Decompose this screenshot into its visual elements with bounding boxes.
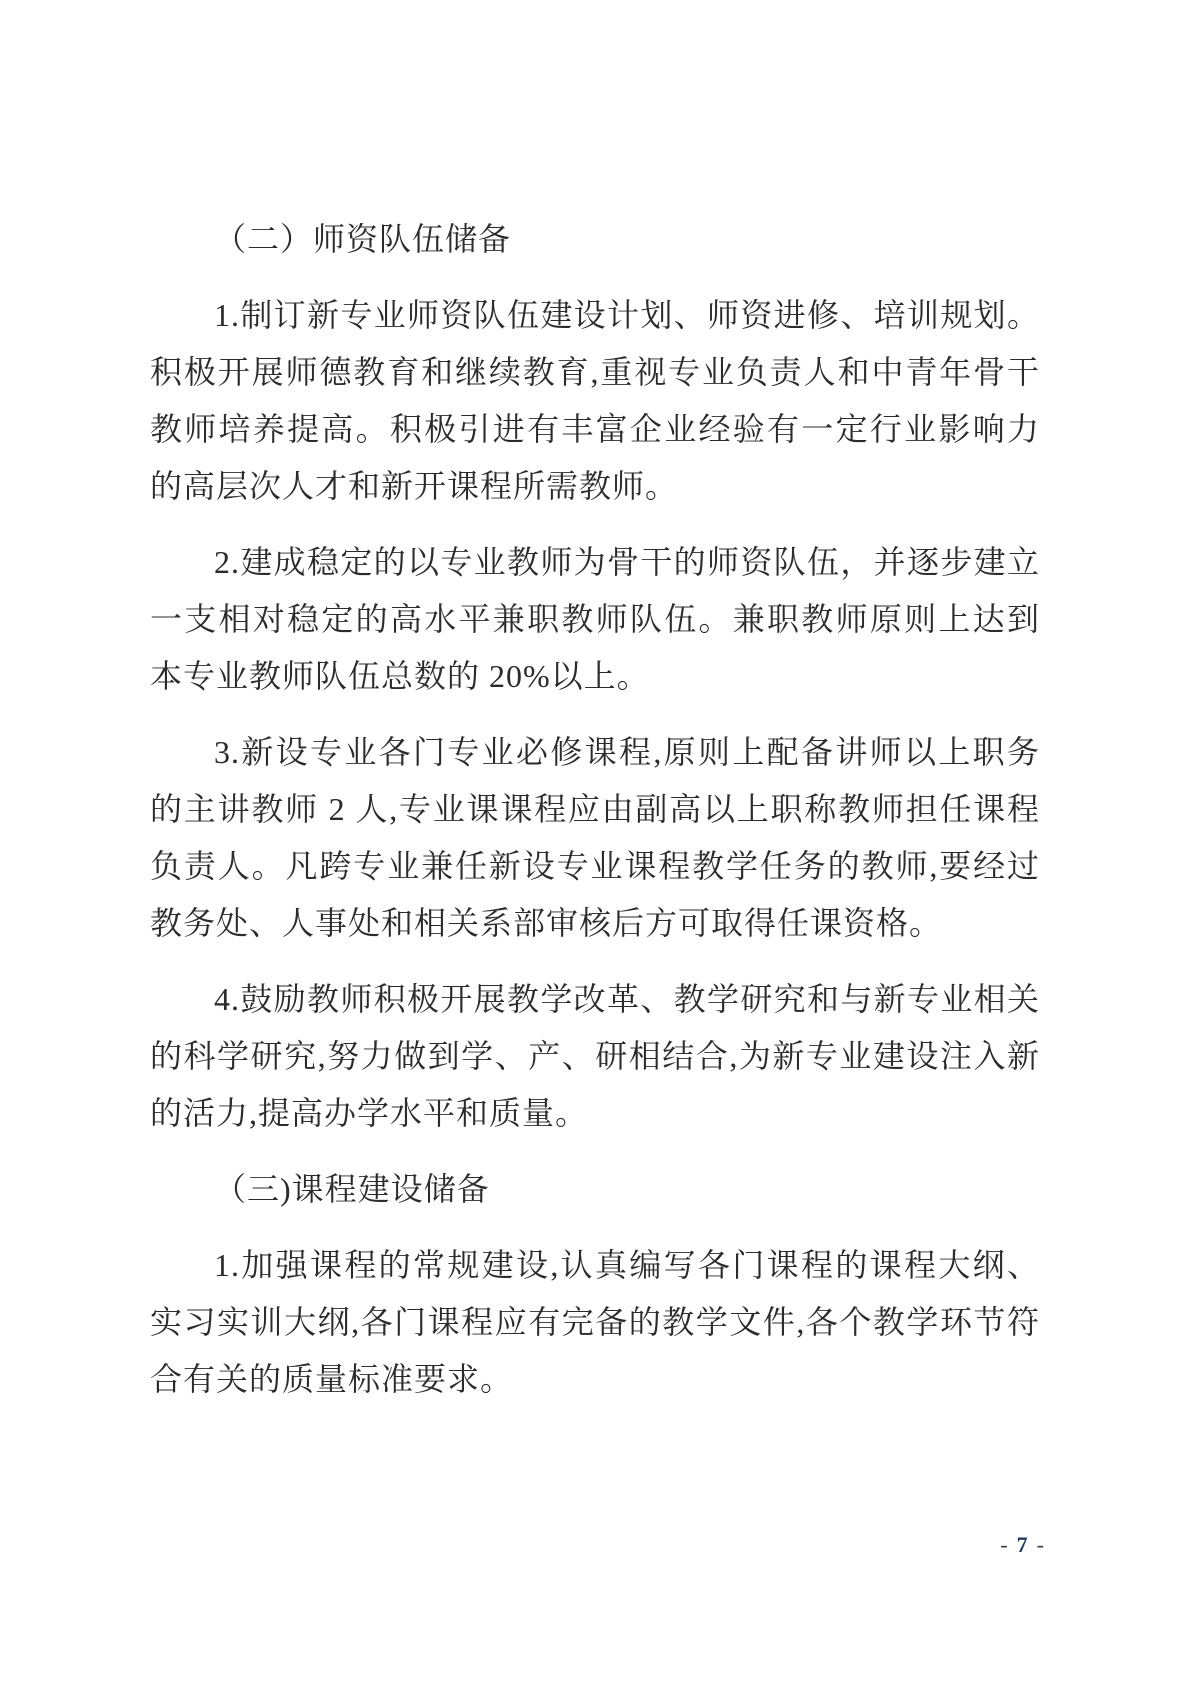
paragraph-1-teacher-plan: 1.制订新专业师资队伍建设计划、师资进修、培训规划。积极开展师德教育和继续教育,… xyxy=(150,287,1040,515)
paragraph-4-teaching-reform: 4.鼓励教师积极开展教学改革、教学研究和与新专业相关的科学研究,努力做到学、产、… xyxy=(150,971,1040,1142)
footer-dash-right: - xyxy=(1037,1532,1044,1558)
page-footer: - 7 - xyxy=(1000,1532,1044,1558)
footer-dash-left: - xyxy=(1000,1532,1007,1558)
paragraph-5-course-construction: 1.加强课程的常规建设,认真编写各门课程的课程大纲、实习实训大纲,各门课程应有完… xyxy=(150,1237,1040,1408)
paragraph-2-stable-team: 2.建成稳定的以专业教师为骨干的师资队伍，并逐步建立一支相对稳定的高水平兼职教师… xyxy=(150,534,1040,705)
document-body: （二）师资队伍储备 1.制订新专业师资队伍建设计划、师资进修、培训规划。积极开展… xyxy=(150,211,1040,1427)
paragraph-3-required-courses: 3.新设专业各门专业必修课程,原则上配备讲师以上职务的主讲教师 2 人,专业课课… xyxy=(150,724,1040,952)
page-number: 7 xyxy=(1017,1532,1028,1558)
document-page: （二）师资队伍储备 1.制订新专业师资队伍建设计划、师资进修、培训规划。积极开展… xyxy=(0,0,1190,1683)
section-heading-kecheng: （三)课程建设储备 xyxy=(150,1161,1040,1218)
section-heading-shiziduiwu: （二）师资队伍储备 xyxy=(150,211,1040,268)
